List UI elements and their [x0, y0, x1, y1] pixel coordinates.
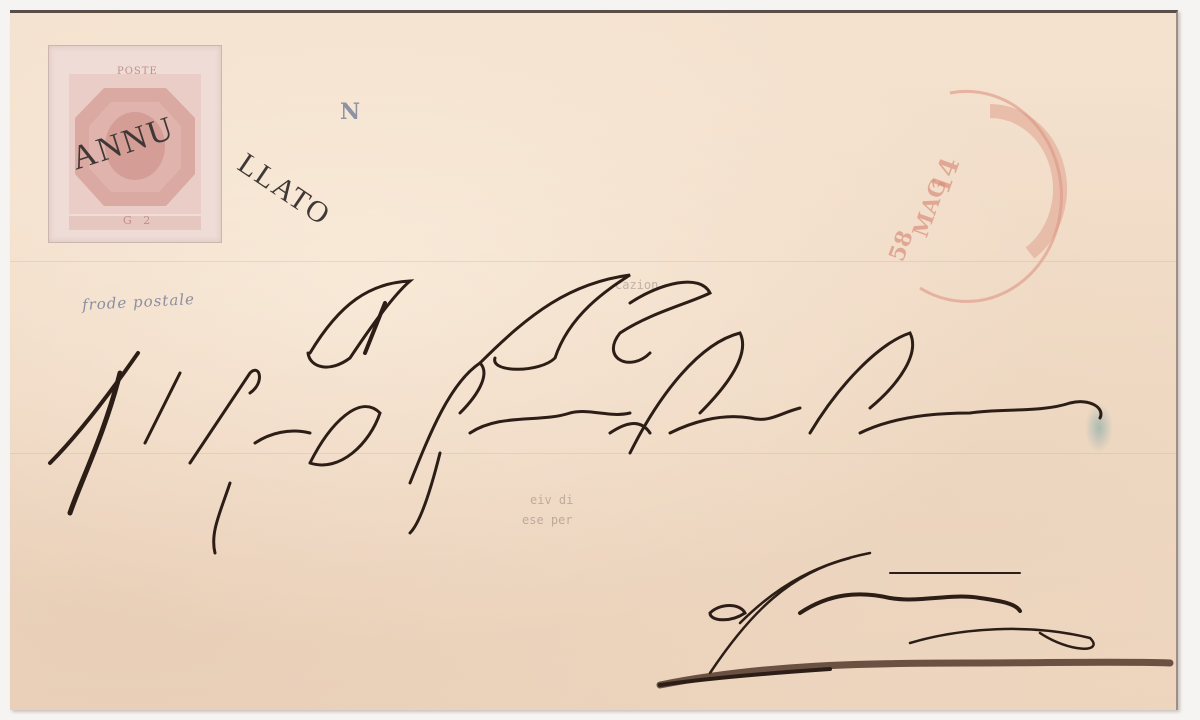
- envelope: POSTE G 2 ANNU LLATO ANNULLATO N frode p…: [10, 10, 1178, 710]
- handwriting-strokes: [10, 13, 1176, 710]
